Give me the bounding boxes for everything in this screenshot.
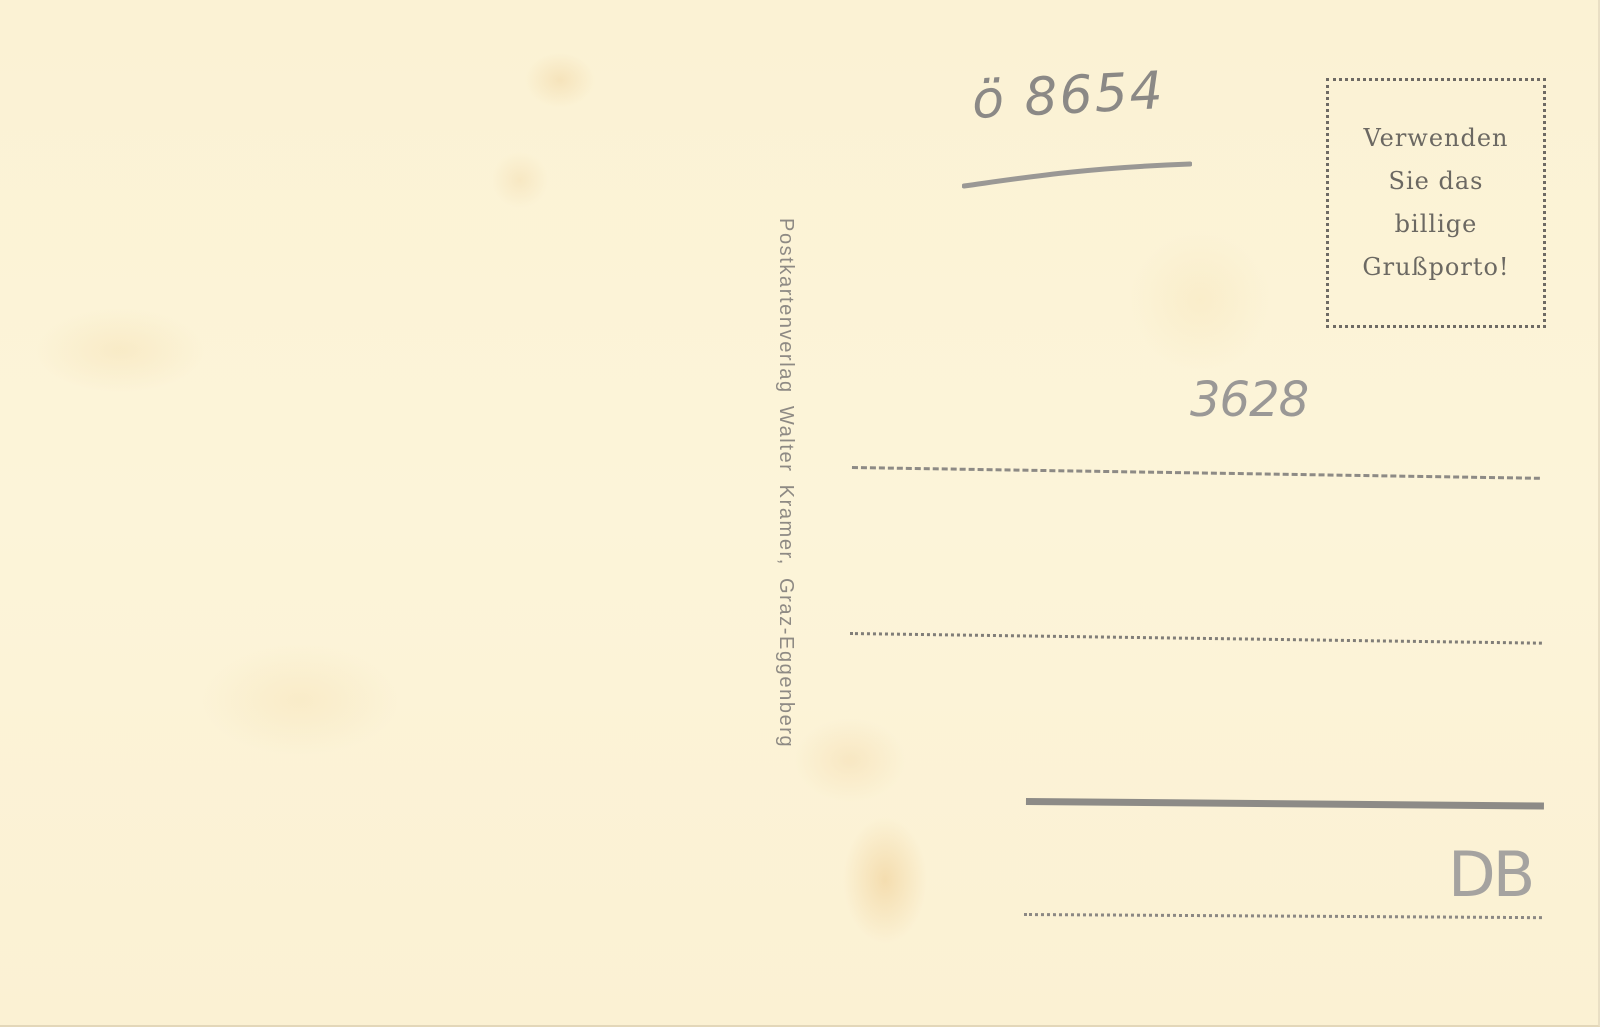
pencil-underline-stroke [962, 160, 1192, 190]
postcard-back: Verwenden Sie das billige Grußporto! Pos… [0, 0, 1600, 1027]
stamp-box-text-line-4: Grußporto! [1362, 246, 1509, 289]
pencil-catalog-number: 3628 [1190, 372, 1308, 428]
stamp-box-text-line-2: Sie das [1389, 160, 1484, 203]
pencil-reference-number: ö 8654 [971, 61, 1167, 131]
publisher-imprint: Postkartenverlag Walter Kramer, Graz-Egg… [774, 218, 797, 748]
address-line-3 [1026, 798, 1544, 810]
address-line-2 [850, 632, 1542, 645]
address-line-1 [852, 466, 1540, 480]
pencil-initials: DB [1448, 838, 1532, 911]
address-line-4 [1024, 913, 1542, 919]
stamp-box-text-line-1: Verwenden [1363, 117, 1508, 160]
stamp-placement-box: Verwenden Sie das billige Grußporto! [1326, 78, 1546, 328]
stamp-box-text-line-3: billige [1395, 203, 1478, 246]
